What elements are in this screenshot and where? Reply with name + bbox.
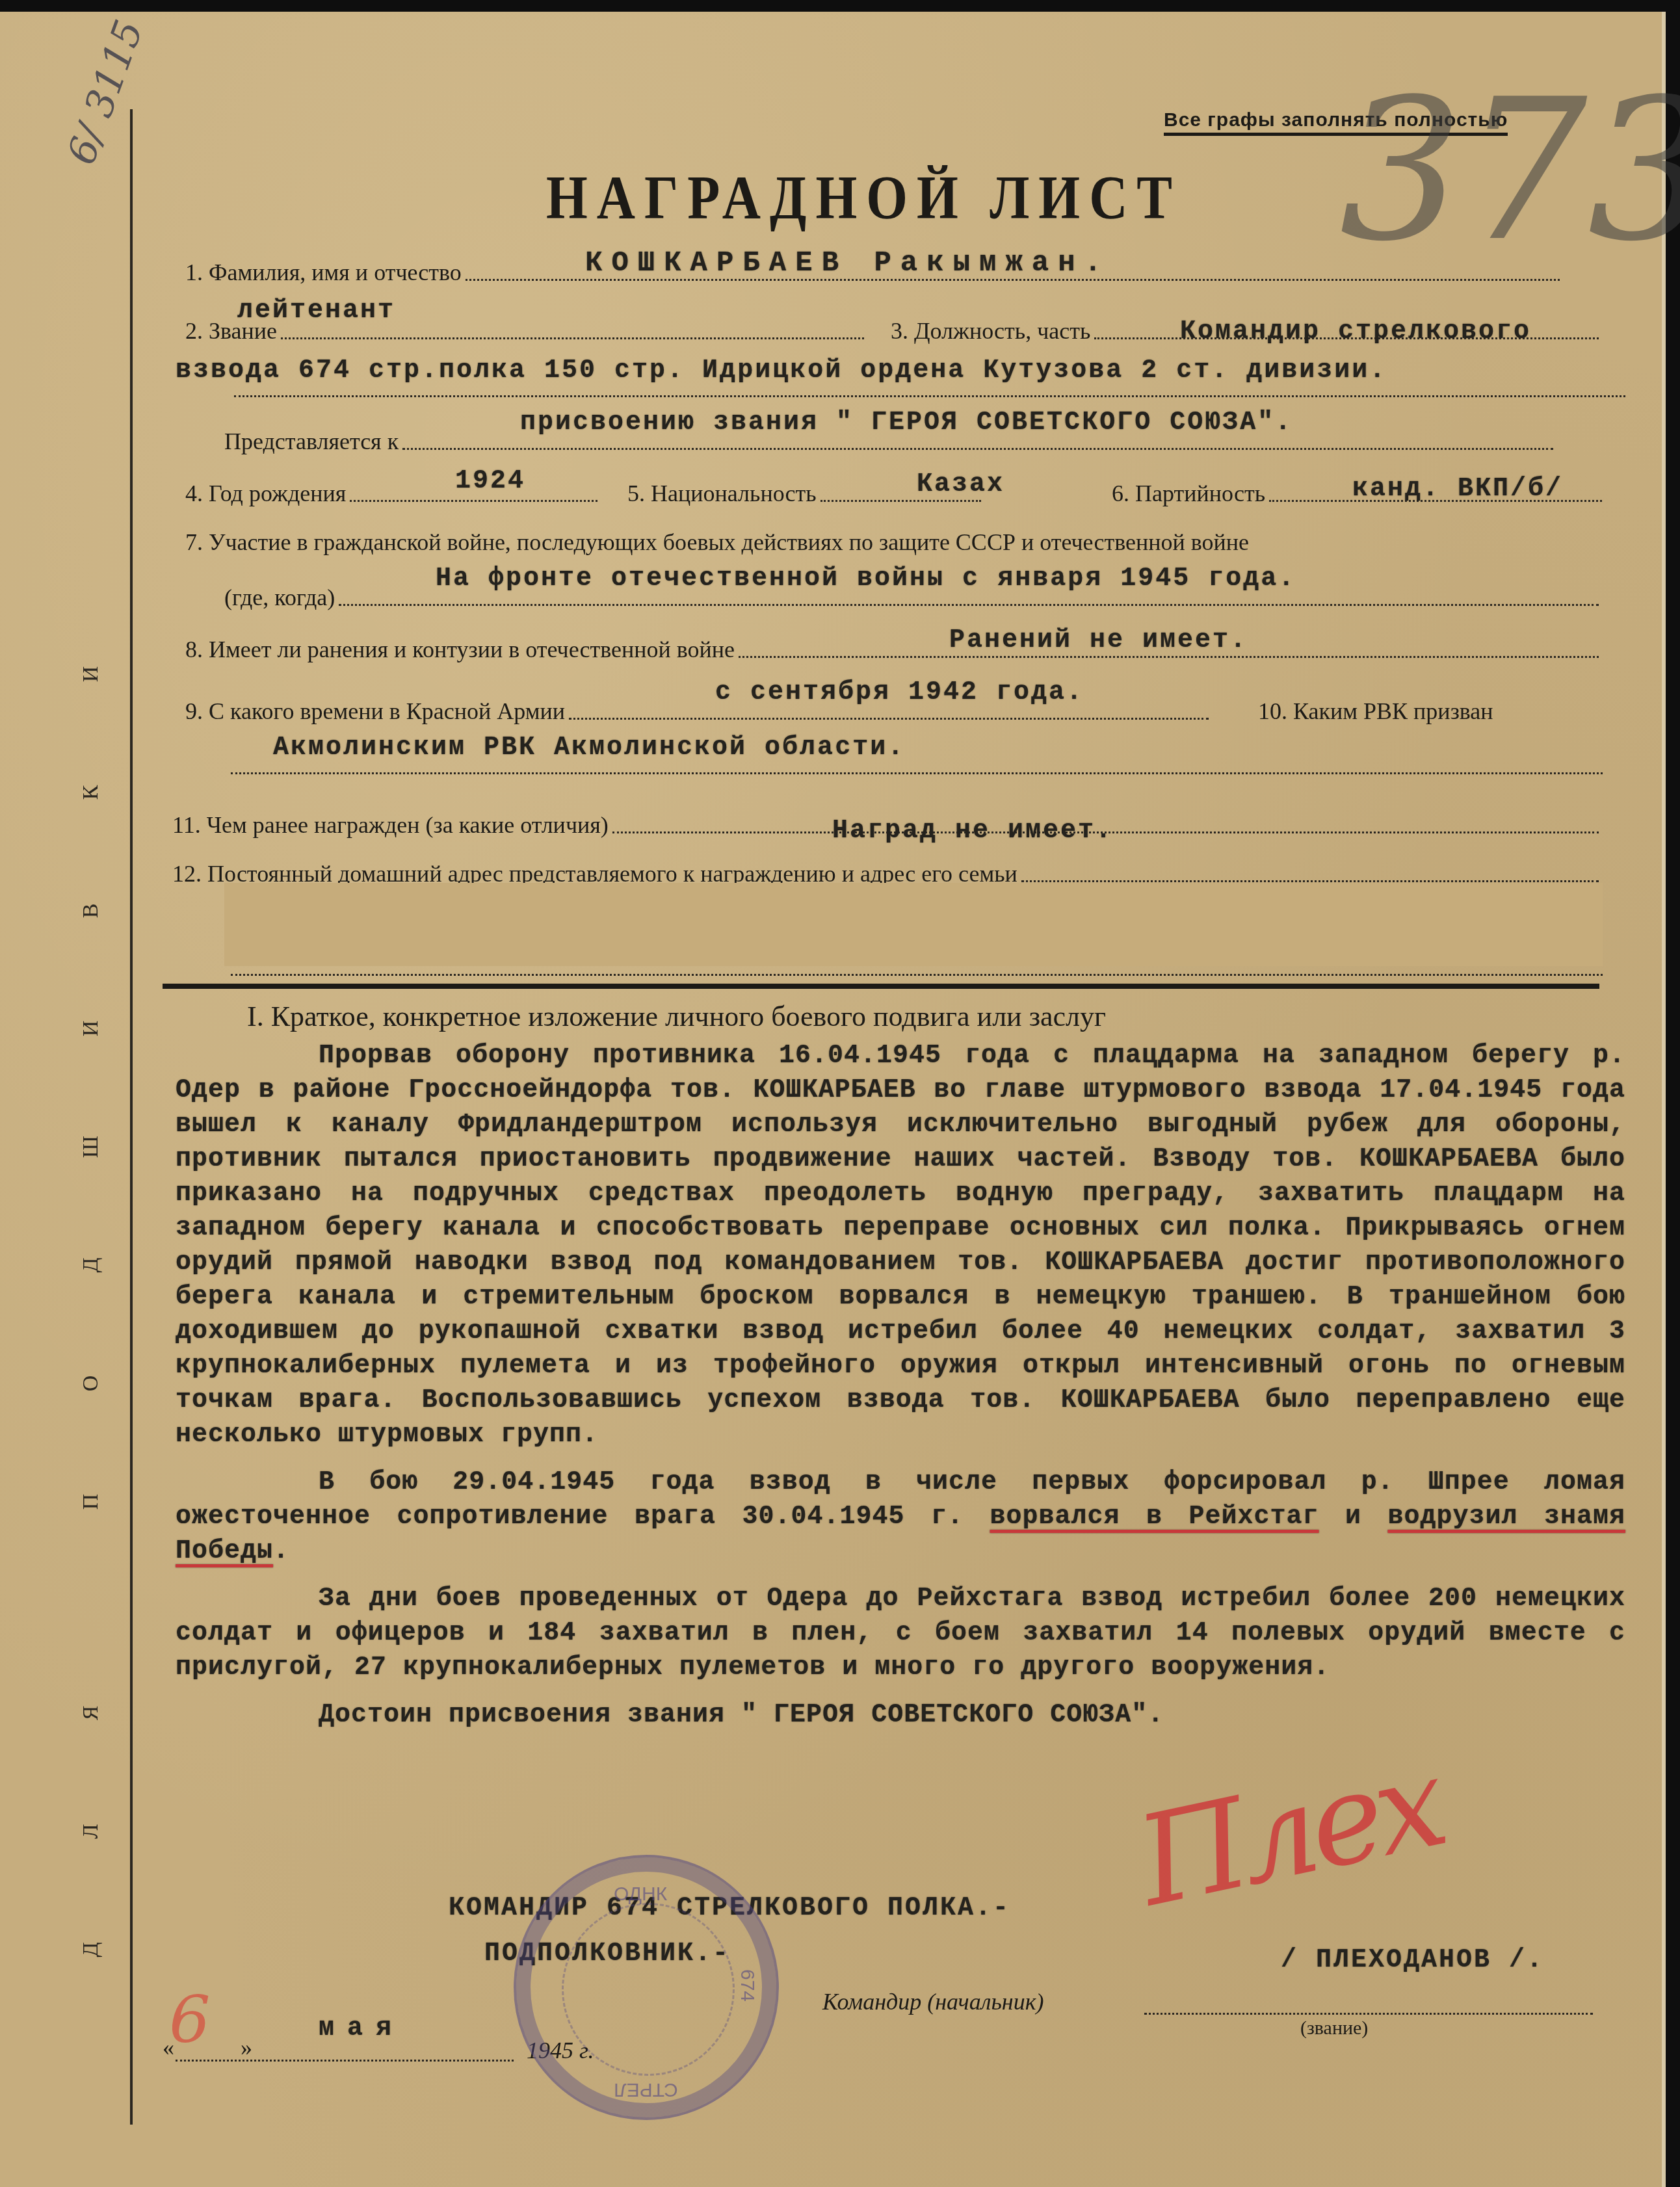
field-4-row: 4. Год рождения [185, 480, 601, 507]
margin-letter: И [79, 1021, 103, 1037]
dotted-line [350, 500, 597, 502]
red-pencil-signature: Плех [1126, 1731, 1452, 1934]
field-1-label: 1. Фамилия, имя и отчество [185, 259, 462, 286]
field-1-value: КОШКАРБАЕВ Ракымжан. [585, 247, 1110, 280]
dotted-line [234, 395, 1625, 397]
field-3-value: Командир стрелкового [1180, 317, 1531, 347]
redacted-address-block [224, 883, 1603, 966]
dotted-line [339, 604, 1599, 606]
page-title: НАГРАДНОЙ ЛИСТ [546, 163, 1181, 233]
margin-letter: И [79, 666, 103, 683]
field-7-value: На фронте отечественной войны с января 1… [436, 564, 1296, 594]
stamp-text-top: ОДНК [614, 1883, 667, 1905]
margin-letter: Я [79, 1706, 103, 1721]
red-underlined-text: ворвался в Рейхстаг [990, 1502, 1319, 1532]
field-2-value: лейтенант [237, 296, 395, 326]
margin-letter: Д [79, 1942, 103, 1957]
margin-letter: К [79, 785, 103, 800]
stamp-text-right: 674 [736, 1969, 758, 2002]
narrative-paragraph: За дни боев проведенных от Одера до Рейх… [176, 1582, 1625, 1685]
margin-letter: Ш [79, 1136, 103, 1158]
field-10-label: 10. Каким РВК призван [1258, 698, 1493, 725]
regiment-seal-stamp: ОДНК 674 СТРЕЛ [514, 1855, 779, 2120]
field-5-label: 5. Национальность [627, 480, 817, 507]
seal-emblem [562, 1903, 735, 2076]
margin-letter: Л [79, 1824, 103, 1839]
field-9-label: 9. С какого времени в Красной Армии [185, 698, 565, 725]
dotted-line [231, 772, 1603, 774]
field-8-row: 8. Имеет ли ранения и контузии в отечест… [185, 636, 1603, 663]
dotted-line [739, 656, 1599, 658]
archive-handwritten-note: 6/ 3115 [59, 14, 152, 170]
narrative-paragraph: Достоин присвоения звания " ГЕРОЯ СОВЕТС… [176, 1698, 1625, 1733]
date-close-quote: » [241, 2034, 252, 2061]
field-11-label: 11. Чем ранее награжден (за какие отличи… [172, 811, 609, 839]
field-5-value: Казах [917, 470, 1004, 499]
narrative-paragraph: В бою 29.04.1945 года взвод в числе перв… [176, 1465, 1625, 1569]
dotted-line [1021, 880, 1599, 882]
field-8-label: 8. Имеет ли ранения и контузии в отечест… [185, 636, 735, 663]
field-6-label: 6. Партийность [1112, 480, 1265, 507]
signature-line [1144, 2013, 1593, 2015]
field-4-value: 1924 [455, 467, 525, 496]
narrative-section-title: I. Краткое, конкретное изложение личного… [247, 1000, 1106, 1033]
field-7-label-cont: (где, когда) [224, 584, 335, 611]
margin-letter: П [79, 1493, 103, 1510]
dotted-line [820, 500, 981, 502]
margin-letter: О [79, 1376, 103, 1392]
field-3-value-cont: взвода 674 стр.полка 150 стр. Идрицкой о… [176, 356, 1387, 386]
margin-letter: В [79, 903, 103, 918]
margin-rule [130, 109, 133, 2125]
field-8-value: Ранений не имеет. [949, 626, 1248, 655]
field-3-label: 3. Должность, часть [891, 317, 1090, 345]
field-6-value: канд. ВКП/б/ [1352, 475, 1563, 504]
field-11-value: Наград не имеет. [832, 817, 1113, 846]
field-4-label: 4. Год рождения [185, 480, 346, 507]
section-divider [163, 984, 1599, 989]
date-day-handwritten: 6 [169, 1982, 211, 2058]
field-7-label: 7. Участие в гражданской войне, последую… [185, 529, 1249, 556]
field-9-value: с сентября 1942 года. [715, 678, 1084, 707]
dotted-line [231, 974, 1603, 976]
stamp-text-bottom: СТРЕЛ [614, 2078, 678, 2101]
margin-vertical-label: Д Л Я П О Д Ш И В К И [72, 662, 111, 1962]
field-7-row: 7. Участие в гражданской войне, последую… [185, 529, 1249, 556]
dotted-line [569, 718, 1209, 720]
award-sheet-page: 6/ 3115 Д Л Я П О Д Ш И В К И Все графы … [0, 12, 1666, 2187]
commander-label: Командир (начальник) [822, 1988, 1044, 2015]
signatory-name: / ПЛЕХОДАНОВ /. [1281, 1946, 1544, 1975]
narrative-text: . [273, 1537, 289, 1566]
dotted-line [402, 448, 1553, 450]
narrative-paragraph: Прорвав оборону противника 16.04.1945 го… [176, 1039, 1625, 1452]
date-line [176, 2060, 514, 2062]
rank-caption: (звание) [1300, 2017, 1368, 2039]
narrative-text: и [1319, 1502, 1361, 1532]
dotted-line [281, 337, 864, 339]
narrative-body: Прорвав оборону противника 16.04.1945 го… [176, 1039, 1625, 1733]
date-month: мая [319, 2014, 404, 2043]
field-10-value: Акмолинским РВК Акмолинской области. [273, 733, 905, 763]
margin-letter: Д [79, 1257, 103, 1272]
pencil-number: 373 [1339, 73, 1680, 268]
field-10-row: 10. Каким РВК призван [1258, 698, 1493, 725]
presented-label: Представляется к [224, 428, 399, 455]
presented-value: присвоению звания " ГЕРОЯ СОВЕТСКОГО СОЮ… [520, 408, 1293, 438]
